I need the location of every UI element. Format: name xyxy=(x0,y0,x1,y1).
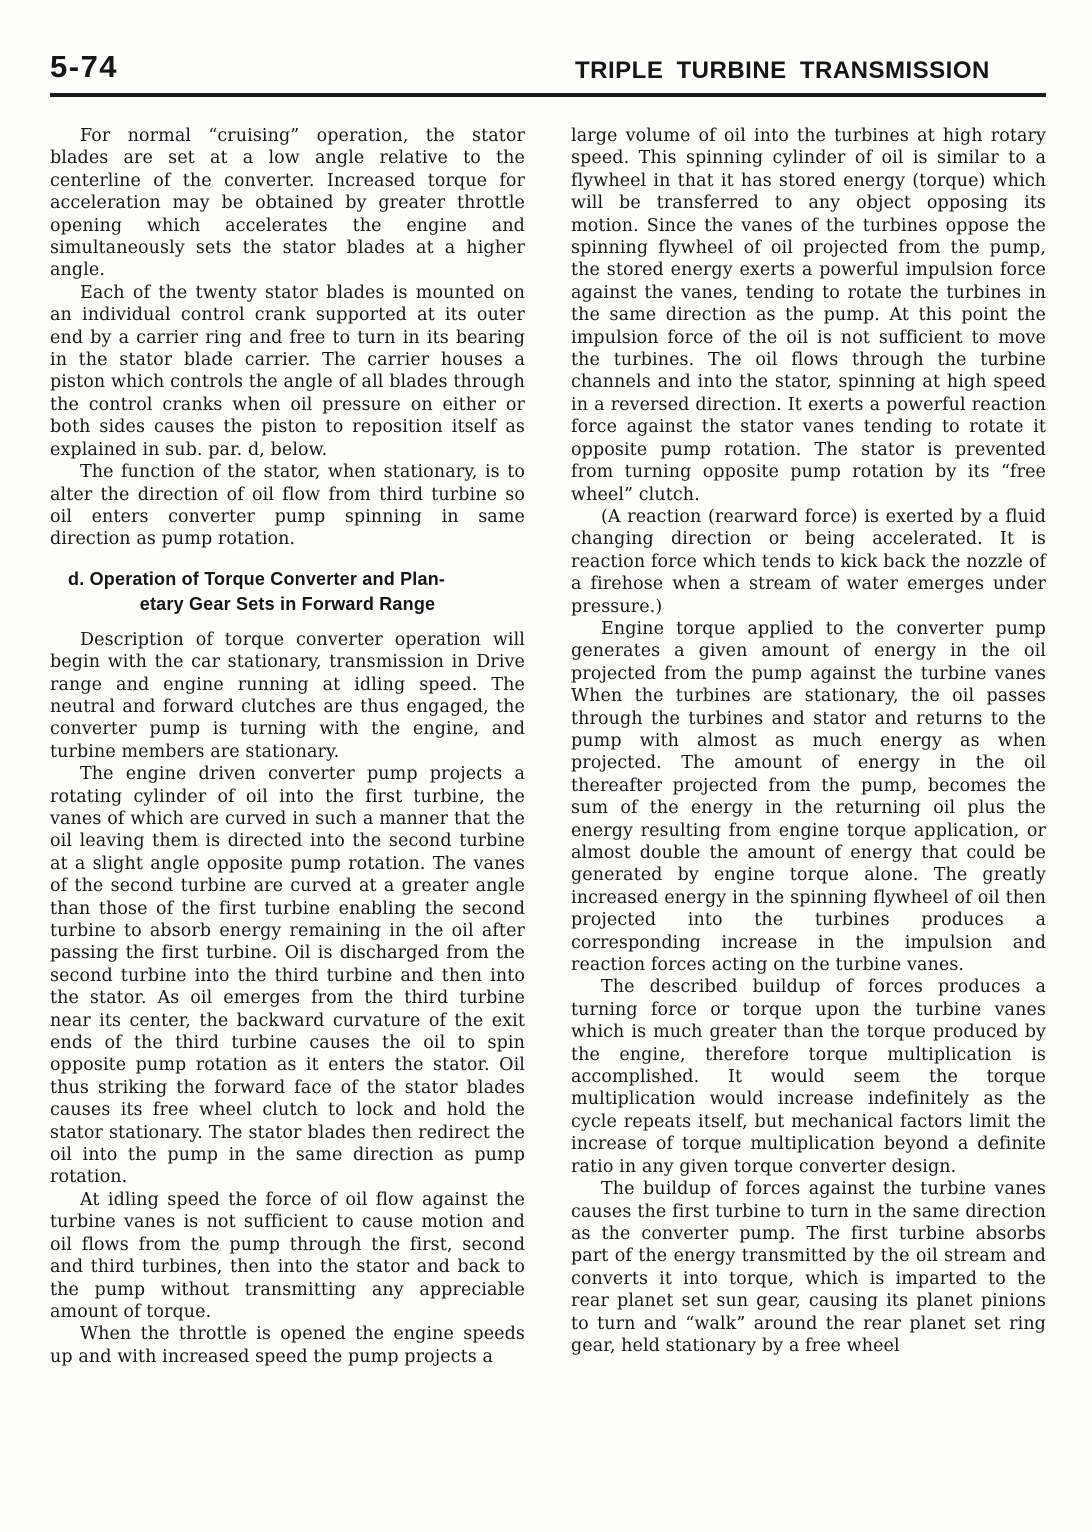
paragraph: For normal “cruising” operation, the sta… xyxy=(50,125,525,282)
page-header: 5-74 TRIPLE TURBINE TRANSMISSION xyxy=(50,46,1046,97)
page-number: 5-74 xyxy=(50,49,118,84)
paragraph: large volume of oil into the turbines at… xyxy=(571,125,1046,506)
page-title: TRIPLE TURBINE TRANSMISSION xyxy=(575,57,990,85)
paragraph: When the throttle is opened the engine s… xyxy=(50,1323,525,1368)
paragraph: At idling speed the force of oil flow ag… xyxy=(50,1189,525,1323)
paragraph: The described buildup of forces produces… xyxy=(571,976,1046,1178)
paragraph: The buildup of forces against the turbin… xyxy=(571,1178,1046,1357)
paragraph: Engine torque applied to the converter p… xyxy=(571,618,1046,977)
right-column: large volume of oil into the turbines at… xyxy=(571,125,1046,1368)
section-heading-line1: d. Operation of Torque Converter and Pla… xyxy=(50,567,525,592)
paragraph: The function of the stator, when station… xyxy=(50,461,525,551)
section-heading: d. Operation of Torque Converter and Pla… xyxy=(50,567,525,617)
section-heading-line2: etary Gear Sets in Forward Range xyxy=(50,592,525,617)
paragraph: Description of torque converter operatio… xyxy=(50,629,525,763)
paragraph: The engine driven converter pump project… xyxy=(50,763,525,1189)
text-columns: For normal “cruising” operation, the sta… xyxy=(50,125,1046,1368)
paragraph: Each of the twenty stator blades is moun… xyxy=(50,282,525,461)
left-column: For normal “cruising” operation, the sta… xyxy=(50,125,525,1368)
paragraph: (A reaction (rearward force) is exerted … xyxy=(571,506,1046,618)
manual-page: 5-74 TRIPLE TURBINE TRANSMISSION For nor… xyxy=(0,0,1092,1532)
